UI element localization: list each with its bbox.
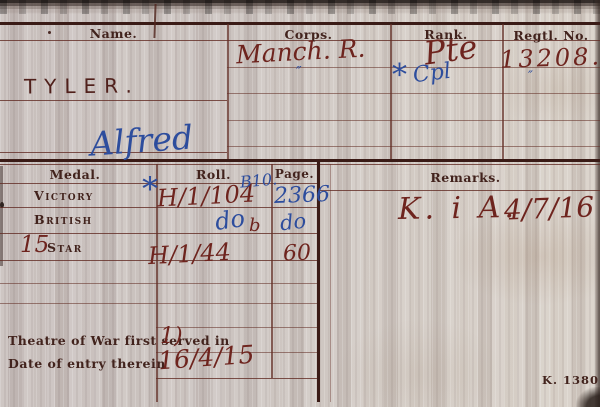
section-divider	[0, 159, 600, 162]
entry-date-handwriting: 16/4/15	[157, 340, 255, 376]
medal-row-british: British	[34, 212, 93, 227]
rank-writing-line	[390, 93, 502, 94]
regtl-writing-line	[502, 93, 600, 94]
page-victory-handwriting: 2366	[274, 182, 331, 209]
corps-writing-line	[227, 93, 390, 94]
medal-index-card: Name. Corps. Rank. Regtl. No. Medal. Rol…	[0, 0, 600, 407]
form-code: K. 1380	[542, 373, 599, 387]
roll-superscript-handwriting: B10.	[239, 169, 278, 191]
footer-rule	[156, 378, 318, 379]
page-ditto-handwriting: do	[279, 209, 307, 236]
page-star-handwriting: 60	[283, 241, 312, 267]
rank-writing-line	[390, 146, 502, 147]
regtl-column-header: Regtl. No.	[502, 28, 600, 43]
date-of-entry-label: Date of entry therein	[8, 356, 166, 371]
regtl-writing-line	[502, 146, 600, 147]
card-top-edge	[0, 0, 600, 14]
forename-handwriting: Alfred	[89, 117, 195, 163]
name-column-header: Name.	[0, 26, 227, 41]
card-corner-stain	[576, 387, 600, 407]
remarks-date-handwriting: 4/7/16	[503, 190, 594, 226]
medal-row-victory: Victory	[34, 188, 94, 203]
remarks-header: Remarks.	[331, 170, 600, 185]
rank-amended-handwriting: Cpl	[412, 59, 453, 88]
regtl-no-handwriting: 13208.	[500, 42, 600, 74]
roll-page-divider	[271, 164, 273, 378]
column-divider	[227, 24, 229, 160]
corps-ditto-mark: ″	[296, 63, 302, 81]
roll-star-handwriting: H/1/44	[147, 238, 231, 270]
medal-row-star: Star	[47, 240, 83, 255]
rank-asterisk-mark: *	[392, 58, 407, 93]
page-column-header: Page.	[271, 167, 318, 181]
rank-writing-line	[390, 120, 502, 121]
section-divider-thin	[0, 164, 600, 165]
regtl-ditto-mark: ″	[528, 69, 533, 84]
regtl-writing-line	[502, 120, 600, 121]
remarks-kia-handwriting: K. i A.	[398, 190, 518, 227]
roll-ditto-handwriting: do	[213, 204, 246, 236]
surname-handwriting: TYLER.	[24, 73, 140, 98]
roll-note-handwriting: b	[249, 215, 261, 236]
star-prefix-handwriting: 15	[20, 232, 49, 258]
top-rule	[0, 22, 600, 25]
medal-column-header: Medal.	[0, 167, 150, 182]
name-writing-line	[0, 100, 227, 101]
column-divider	[502, 24, 504, 160]
corps-writing-line	[227, 120, 390, 121]
corps-writing-line	[227, 146, 390, 147]
